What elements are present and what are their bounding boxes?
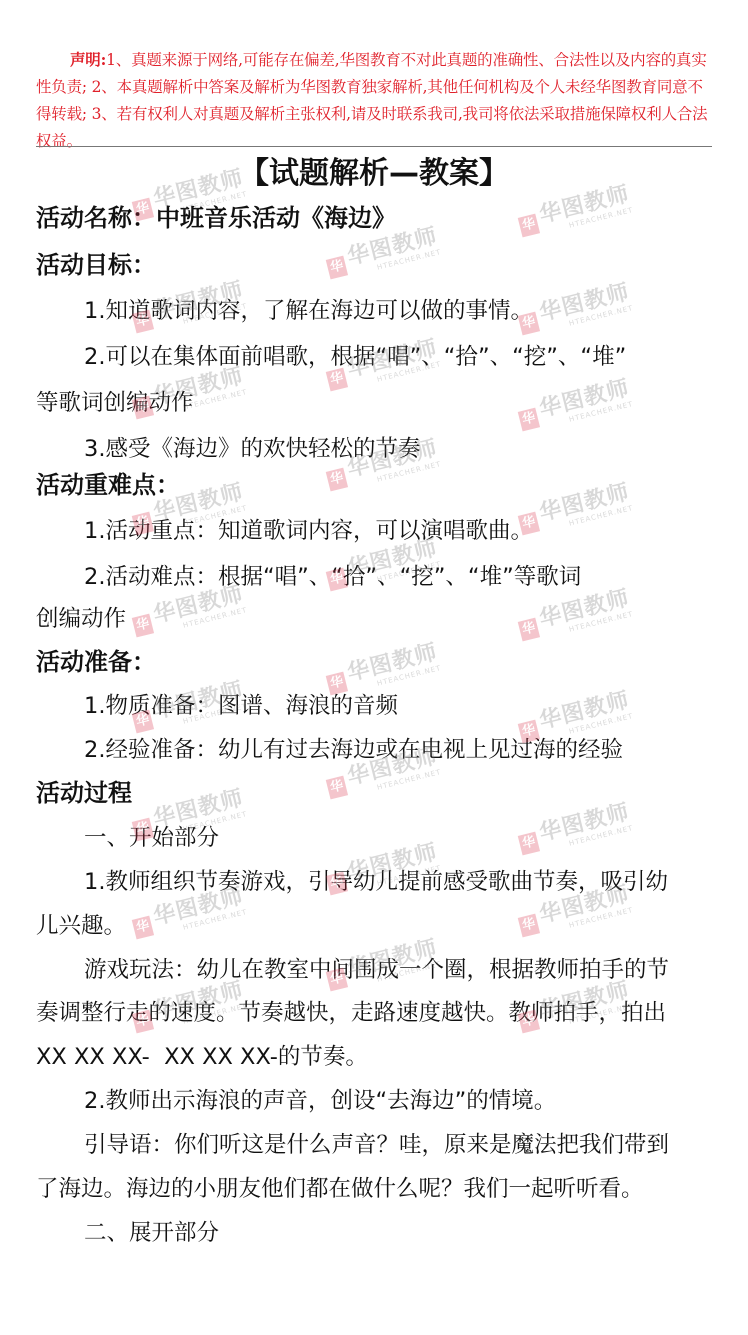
divider — [36, 146, 712, 147]
process-paragraph: 2.教师出示海浪的声音，创设“去海边”的情境。 — [84, 1086, 748, 1116]
page-title: 【试题解析—教案】 — [0, 152, 748, 196]
disclaimer-lead: 声明: — [70, 50, 106, 69]
disclaimer-text: 1、真题来源于网络,可能存在偏差,华图教育不对此真题的准确性、合法性以及内容的真… — [36, 51, 707, 150]
keypoint-item-2-cont: 创编动作 — [36, 604, 716, 634]
goal-item-2-cont: 等歌词创编动作 — [36, 388, 716, 418]
goal-item-1: 1.知道歌词内容，了解在海边可以做的事情。 — [84, 296, 748, 326]
prep-item-2: 2.经验准备：幼儿有过去海边或在电视上见过海的经验 — [84, 735, 748, 765]
process-paragraph: 儿兴趣。 — [36, 911, 716, 941]
guide-speech-paragraph: 了海边。海边的小朋友他们都在做什么呢？我们一起听听看。 — [36, 1174, 716, 1204]
process-paragraph: 1.教师组织节奏游戏，引导幼儿提前感受歌曲节奏，吸引幼 — [84, 867, 748, 897]
rhythm-pattern: XX XX XX- XX XX XX-的节奏。 — [36, 1042, 716, 1072]
keypoint-item-2: 2.活动难点：根据“唱”、“拾”、“挖”、“堆”等歌词 — [84, 562, 748, 592]
goal-item-2: 2.可以在集体面前唱歌，根据“唱”、“拾”、“挖”、“堆” — [84, 342, 748, 372]
process-part-1-heading: 一、开始部分 — [84, 823, 748, 853]
game-rules-paragraph: 奏调整行走的速度。节奏越快，走路速度越快。教师拍手，拍出 — [36, 998, 716, 1028]
section-heading-goals: 活动目标： — [36, 250, 716, 280]
keypoint-item-1: 1.活动重点：知道歌词内容，可以演唱歌曲。 — [84, 516, 748, 546]
section-heading-prep: 活动准备： — [36, 647, 716, 677]
prep-item-1: 1.物质准备：图谱、海浪的音频 — [84, 691, 748, 721]
guide-speech-paragraph: 引导语：你们听这是什么声音？哇，原来是魔法把我们带到 — [84, 1130, 748, 1160]
disclaimer: 声明:1、真题来源于网络,可能存在偏差,华图教育不对此真题的准确性、合法性以及内… — [36, 46, 712, 155]
goal-item-3: 3.感受《海边》的欢快轻松的节奏 — [84, 434, 748, 464]
process-part-2-heading: 二、展开部分 — [84, 1218, 748, 1248]
game-rules-paragraph: 游戏玩法：幼儿在教室中间围成一个圈，根据教师拍手的节 — [84, 955, 748, 985]
activity-name-heading: 活动名称：中班音乐活动《海边》 — [36, 203, 716, 233]
section-heading-process: 活动过程 — [36, 778, 716, 808]
section-heading-keypoints: 活动重难点： — [36, 470, 716, 500]
